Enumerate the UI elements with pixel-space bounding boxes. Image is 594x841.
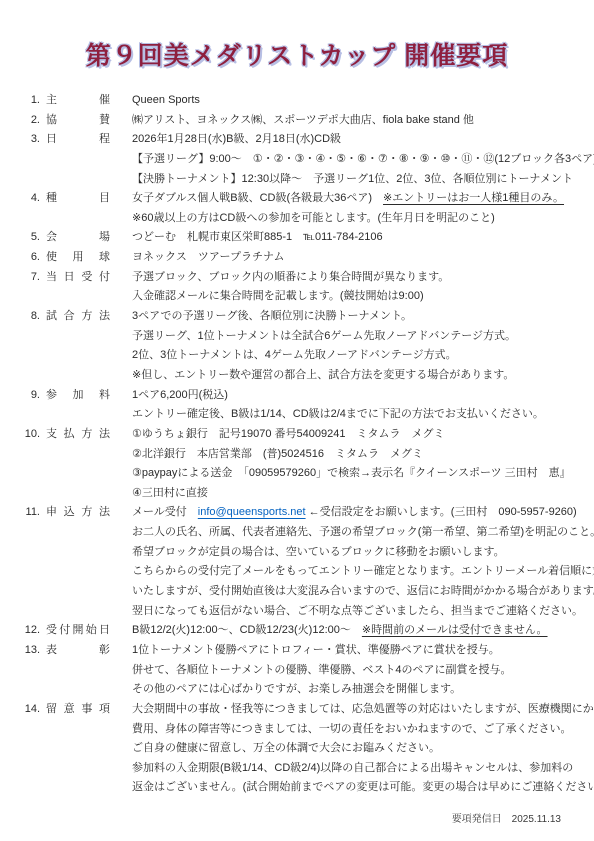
item-content: 予選リーグ、1位トーナメントは全試合6ゲーム先取ノーアドバンテージ方式。 — [132, 327, 516, 347]
item-content: ②北洋銀行 本店営業部 (普)5024516 ミタムラ メグミ — [132, 445, 423, 465]
text-segment: 併せて、各順位トーナメントの優勝、準優勝、ベスト4のペアに副賞を授与。 — [132, 664, 511, 676]
text-segment: 返金はございません。(試合開始前までペアの変更は可能。変更の場合は早めにご連絡く… — [132, 781, 594, 793]
item-content: 3ペアでの予選リーグ後、各順位別に決勝トーナメント。 — [132, 307, 412, 327]
doc-line: 希望ブロックが定員の場合は、空いているブロックに移動をお願いします。 — [21, 543, 590, 563]
item-content: 1ペア6,200円(税込) — [132, 386, 228, 406]
doc-line: 【予選リーグ】9:00～ ①・②・③・④・⑤・⑥・⑦・⑧・⑨・⑩・⑪・⑫(12ブ… — [21, 150, 590, 170]
item-content: 参加料の入金期限(B級1/14、CD級2/4)以降の自己都合による出場キャンセル… — [132, 759, 573, 779]
doc-line: ※但し、エントリー数や運営の都合上、試合方法を変更する場合があります。 — [21, 366, 590, 386]
doc-line: 11.申込方法メール受付 info@queensports.net ←受信設定を… — [21, 503, 590, 523]
item-content: 2位、3位トーナメントは、4ゲーム先取ノーアドバンテージ方式。 — [132, 346, 457, 366]
text-segment: ※但し、エントリー数や運営の都合上、試合方法を変更する場合があります。 — [132, 369, 514, 381]
text-segment: 希望ブロックが定員の場合は、空いているブロックに移動をお願いします。 — [132, 546, 505, 558]
item-label: 当日受付 — [46, 268, 110, 288]
item-label: 使用球 — [46, 248, 110, 268]
text-segment: 1位トーナメント優勝ペアにトロフィー・賞状、準優勝ペアに賞状を授与。 — [132, 644, 500, 656]
item-content: 入金確認メールに集合時間を記載します。(競技開始は9:00) — [132, 287, 424, 307]
doc-line: 8.試合方法3ペアでの予選リーグ後、各順位別に決勝トーナメント。 — [21, 307, 590, 327]
item-content: ④三田村に直接 — [132, 484, 208, 504]
doc-line: ④三田村に直接 — [21, 484, 590, 504]
item-content: 大会期間中の事故・怪我等につきましては、応急処置等の対応はいたしますが、医療機関… — [132, 700, 594, 720]
item-content: ③paypayによる送金 「09059579260」で検索→表示名『クイーンスポ… — [132, 464, 571, 484]
doc-line: その他のペアには心ばかりですが、お楽しみ抽選会を開催します。 — [21, 680, 590, 700]
item-label: 協賛 — [46, 111, 110, 131]
item-content: 女子ダブルス個人戦B級、CD級(各級最大36ペア) ※エントリーはお一人様1種目… — [132, 189, 564, 209]
doc-line: 7.当日受付予選ブロック、ブロック内の順番により集合時間が異なります。 — [21, 268, 590, 288]
doc-line: 入金確認メールに集合時間を記載します。(競技開始は9:00) — [21, 287, 590, 307]
text-segment: 【決勝トーナメント】12:30以降～ 予選リーグ1位、2位、3位、各順位別にトー… — [132, 173, 573, 185]
text-segment: いたしますが、受付開始直後は大変混み合いますので、返信にお時間がかかる場合があり… — [132, 585, 594, 597]
doc-line: ※60歳以上の方はCD級への参加を可能とします。(生年月日を明記のこと) — [21, 209, 590, 229]
item-content: お二人の氏名、所属、代表者連絡先、予選の希望ブロック(第一希望、第二希望)を明記… — [132, 523, 594, 543]
item-content: その他のペアには心ばかりですが、お楽しみ抽選会を開催します。 — [132, 680, 461, 700]
issue-date: 要項発信日 2025.11.13 — [452, 810, 561, 825]
doc-line: 1.主催Queen Sports — [21, 91, 590, 111]
text-segment: ←受信設定をお願いします。(三田村 090-5957-9260) — [306, 506, 577, 518]
item-content: エントリー確定後、B級は1/14、CD級は2/4までに下記の方法でお支払いくださ… — [132, 405, 544, 425]
doc-line: 予選リーグ、1位トーナメントは全試合6ゲーム先取ノーアドバンテージ方式。 — [21, 327, 590, 347]
text-segment: 予選ブロック、ブロック内の順番により集合時間が異なります。 — [132, 271, 449, 283]
item-content: ヨネックス ツアープラチナム — [132, 248, 284, 268]
text-segment: ①ゆうちょ銀行 記号19070 番号54009241 ミタムラ メグミ — [132, 428, 444, 440]
item-content: 希望ブロックが定員の場合は、空いているブロックに移動をお願いします。 — [132, 543, 505, 563]
item-content: 【決勝トーナメント】12:30以降～ 予選リーグ1位、2位、3位、各順位別にトー… — [132, 170, 573, 190]
item-number: 10. — [21, 425, 40, 445]
item-number: 7. — [21, 268, 40, 288]
item-content: Queen Sports — [132, 91, 200, 111]
doc-line: 返金はございません。(試合開始前までペアの変更は可能。変更の場合は早めにご連絡く… — [21, 778, 590, 798]
item-label: 留意事項 — [46, 700, 110, 720]
item-number: 4. — [21, 189, 40, 209]
item-number: 5. — [21, 228, 40, 248]
doc-line: ご自身の健康に留意し、万全の体調で大会にお臨みください。 — [21, 739, 590, 759]
text-segment: メール受付 — [132, 506, 198, 518]
item-number: 13. — [21, 641, 40, 661]
text-segment: ④三田村に直接 — [132, 487, 208, 499]
item-content: 【予選リーグ】9:00～ ①・②・③・④・⑤・⑥・⑦・⑧・⑨・⑩・⑪・⑫(12ブ… — [132, 150, 594, 170]
item-label: 種目 — [46, 189, 110, 209]
item-label: 参加料 — [46, 386, 110, 406]
item-label: 支払方法 — [46, 425, 110, 445]
doc-line: 参加料の入金期限(B級1/14、CD級2/4)以降の自己都合による出場キャンセル… — [21, 759, 590, 779]
text-segment: こちらからの受付完了メールをもってエントリー確定となります。エントリーメール着信… — [132, 565, 594, 577]
text-segment: 女子ダブルス個人戦B級、CD級(各級最大36ペア) — [132, 192, 383, 204]
item-content: 翌日になっても返信がない場合、ご不明な点等ございましたら、担当までご連絡ください… — [132, 602, 583, 622]
item-content: ※但し、エントリー数や運営の都合上、試合方法を変更する場合があります。 — [132, 366, 514, 386]
doc-line: こちらからの受付完了メールをもってエントリー確定となります。エントリーメール着信… — [21, 562, 590, 582]
item-content: ご自身の健康に留意し、万全の体調で大会にお臨みください。 — [132, 739, 440, 759]
item-label: 主催 — [46, 91, 110, 111]
doc-line: エントリー確定後、B級は1/14、CD級は2/4までに下記の方法でお支払いくださ… — [21, 405, 590, 425]
item-content: メール受付 info@queensports.net ←受信設定をお願いします。… — [132, 503, 577, 523]
doc-line: 14.留意事項大会期間中の事故・怪我等につきましては、応急処置等の対応はいたしま… — [21, 700, 590, 720]
text-segment: ※60歳以上の方はCD級への参加を可能とします。(生年月日を明記のこと) — [132, 212, 495, 224]
item-label: 受付開始日 — [46, 621, 110, 641]
item-content: ※60歳以上の方はCD級への参加を可能とします。(生年月日を明記のこと) — [132, 209, 495, 229]
text-segment: ※エントリーはお一人様1種目のみ。 — [383, 192, 564, 204]
text-segment: 費用、身体の障害等につきましては、一切の責任をおいかねますので、ご了承ください。 — [132, 723, 572, 735]
item-number: 2. — [21, 111, 40, 131]
doc-line: ③paypayによる送金 「09059579260」で検索→表示名『クイーンスポ… — [21, 464, 590, 484]
text-segment: ③paypayによる送金 「09059579260」で検索→表示名『クイーンスポ… — [132, 467, 571, 479]
item-content: 予選ブロック、ブロック内の順番により集合時間が異なります。 — [132, 268, 449, 288]
text-segment: 【予選リーグ】9:00～ ①・②・③・④・⑤・⑥・⑦・⑧・⑨・⑩・⑪・⑫(12ブ… — [132, 153, 594, 165]
doc-line: 6.使用球ヨネックス ツアープラチナム — [21, 248, 590, 268]
text-segment: エントリー確定後、B級は1/14、CD級は2/4までに下記の方法でお支払いくださ… — [132, 408, 544, 420]
doc-line: 2.協賛㈱アリスト、ヨネックス㈱、スポーツデポ大曲店、fiola bake st… — [21, 111, 590, 131]
document-page: 第９回美メダリストカップ 開催要項 1.主催Queen Sports2.協賛㈱ア… — [0, 0, 594, 841]
doc-line: 4.種目女子ダブルス個人戦B級、CD級(各級最大36ペア) ※エントリーはお一人… — [21, 189, 590, 209]
items: 1.主催Queen Sports2.協賛㈱アリスト、ヨネックス㈱、スポーツデポ大… — [21, 91, 590, 798]
text-segment: お二人の氏名、所属、代表者連絡先、予選の希望ブロック(第一希望、第二希望)を明記… — [132, 526, 594, 538]
text-segment: 3ペアでの予選リーグ後、各順位別に決勝トーナメント。 — [132, 310, 412, 322]
doc-line: 13.表彰1位トーナメント優勝ペアにトロフィー・賞状、準優勝ペアに賞状を授与。 — [21, 641, 590, 661]
text-segment: B級12/2(火)12:00～、CD級12/23(火)12:00～ — [132, 624, 362, 636]
item-number: 9. — [21, 386, 40, 406]
text-segment: ヨネックス ツアープラチナム — [132, 251, 284, 263]
text-segment: 予選リーグ、1位トーナメントは全試合6ゲーム先取ノーアドバンテージ方式。 — [132, 330, 516, 342]
item-content: ㈱アリスト、ヨネックス㈱、スポーツデポ大曲店、fiola bake stand … — [132, 111, 474, 131]
item-label: 会場 — [46, 228, 110, 248]
item-number: 12. — [21, 621, 40, 641]
item-number: 14. — [21, 700, 40, 720]
text-segment: 大会期間中の事故・怪我等につきましては、応急処置等の対応はいたしますが、医療機関… — [132, 703, 594, 715]
item-content: B級12/2(火)12:00～、CD級12/23(火)12:00～ ※時間前のメ… — [132, 621, 548, 641]
item-content: 2026年1月28日(水)B級、2月18日(水)CD級 — [132, 130, 341, 150]
text-segment: 翌日になっても返信がない場合、ご不明な点等ございましたら、担当までご連絡ください… — [132, 605, 583, 617]
text-segment: ご自身の健康に留意し、万全の体調で大会にお臨みください。 — [132, 742, 440, 754]
doc-line: 併せて、各順位トーナメントの優勝、準優勝、ベスト4のペアに副賞を授与。 — [21, 661, 590, 681]
text-segment: Queen Sports — [132, 94, 200, 106]
item-content: 併せて、各順位トーナメントの優勝、準優勝、ベスト4のペアに副賞を授与。 — [132, 661, 511, 681]
item-label: 日程 — [46, 130, 110, 150]
text-segment: 1ペア6,200円(税込) — [132, 389, 228, 401]
doc-line: 3.日程2026年1月28日(水)B級、2月18日(水)CD級 — [21, 130, 590, 150]
item-content: いたしますが、受付開始直後は大変混み合いますので、返信にお時間がかかる場合があり… — [132, 582, 594, 602]
text-segment: ②北洋銀行 本店営業部 (普)5024516 ミタムラ メグミ — [132, 448, 423, 460]
item-label: 表彰 — [46, 641, 110, 661]
doc-line: 2位、3位トーナメントは、4ゲーム先取ノーアドバンテージ方式。 — [21, 346, 590, 366]
item-number: 6. — [21, 248, 40, 268]
doc-line: いたしますが、受付開始直後は大変混み合いますので、返信にお時間がかかる場合があり… — [21, 582, 590, 602]
item-number: 1. — [21, 91, 40, 111]
doc-line: 9.参加料1ペア6,200円(税込) — [21, 386, 590, 406]
item-content: 1位トーナメント優勝ペアにトロフィー・賞状、準優勝ペアに賞状を授与。 — [132, 641, 500, 661]
item-content: こちらからの受付完了メールをもってエントリー確定となります。エントリーメール着信… — [132, 562, 594, 582]
item-label: 試合方法 — [46, 307, 110, 327]
doc-line: 費用、身体の障害等につきましては、一切の責任をおいかねますので、ご了承ください。 — [21, 720, 590, 740]
item-content: ①ゆうちょ銀行 記号19070 番号54009241 ミタムラ メグミ — [132, 425, 444, 445]
doc-line: 10.支払方法①ゆうちょ銀行 記号19070 番号54009241 ミタムラ メ… — [21, 425, 590, 445]
item-number: 8. — [21, 307, 40, 327]
item-content: 返金はございません。(試合開始前までペアの変更は可能。変更の場合は早めにご連絡く… — [132, 778, 594, 798]
text-segment: 2位、3位トーナメントは、4ゲーム先取ノーアドバンテージ方式。 — [132, 349, 457, 361]
doc-line: 翌日になっても返信がない場合、ご不明な点等ございましたら、担当までご連絡ください… — [21, 602, 590, 622]
text-segment: ※時間前のメールは受付できません。 — [362, 624, 548, 636]
item-number: 11. — [21, 503, 40, 523]
email-link[interactable]: info@queensports.net — [198, 506, 306, 518]
text-segment: 入金確認メールに集合時間を記載します。(競技開始は9:00) — [132, 290, 424, 302]
doc-line: お二人の氏名、所属、代表者連絡先、予選の希望ブロック(第一希望、第二希望)を明記… — [21, 523, 590, 543]
text-segment: つどーむ 札幌市東区栄町885-1 ℡011-784-2106 — [132, 231, 383, 243]
text-segment: ㈱アリスト、ヨネックス㈱、スポーツデポ大曲店、fiola bake stand … — [132, 114, 474, 126]
doc-line: ②北洋銀行 本店営業部 (普)5024516 ミタムラ メグミ — [21, 445, 590, 465]
doc-line: 12.受付開始日B級12/2(火)12:00～、CD級12/23(火)12:00… — [21, 621, 590, 641]
text-segment: 参加料の入金期限(B級1/14、CD級2/4)以降の自己都合による出場キャンセル… — [132, 762, 573, 774]
doc-line: 5.会場つどーむ 札幌市東区栄町885-1 ℡011-784-2106 — [21, 228, 590, 248]
item-label: 申込方法 — [46, 503, 110, 523]
item-number: 3. — [21, 130, 40, 150]
page-title: 第９回美メダリストカップ 開催要項 — [0, 36, 594, 72]
text-segment: 2026年1月28日(水)B級、2月18日(水)CD級 — [132, 133, 341, 145]
doc-line: 【決勝トーナメント】12:30以降～ 予選リーグ1位、2位、3位、各順位別にトー… — [21, 170, 590, 190]
item-content: 費用、身体の障害等につきましては、一切の責任をおいかねますので、ご了承ください。 — [132, 720, 572, 740]
text-segment: その他のペアには心ばかりですが、お楽しみ抽選会を開催します。 — [132, 683, 461, 695]
item-content: つどーむ 札幌市東区栄町885-1 ℡011-784-2106 — [132, 228, 383, 248]
